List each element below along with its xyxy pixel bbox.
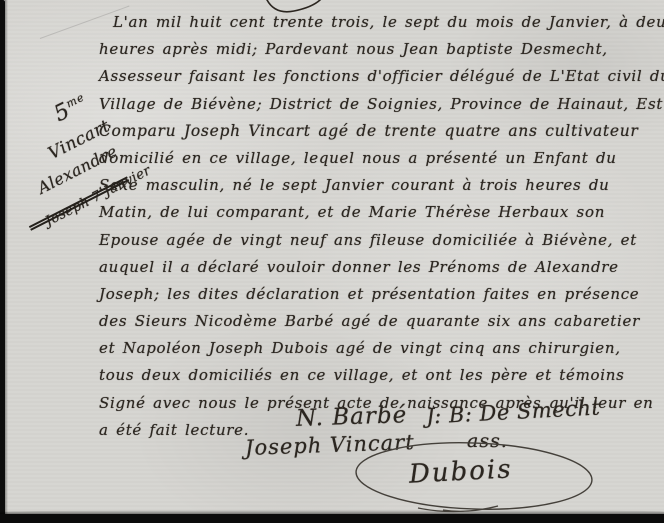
act-line: heures après midi; Pardevant nous Jean b… — [99, 36, 659, 63]
record-number-suffix: me — [64, 90, 87, 110]
act-line: tous deux domiciliés en ce village, et o… — [99, 362, 659, 389]
act-line: Joseph; les dites déclaration et présent… — [99, 281, 659, 308]
scan-bottom-edge — [0, 514, 664, 523]
act-line: Assesseur faisant les fonctions d'offici… — [99, 63, 659, 90]
signature-barbe: N. Barbé — [296, 402, 408, 432]
scan-left-edge — [0, 0, 5, 523]
record-number: 5me — [50, 90, 91, 127]
act-line: et Napoléon Joseph Dubois agé de vingt c… — [99, 335, 659, 362]
document-scan: 5me Vincart Alexandre Joseph 7 Janvier L… — [0, 0, 664, 523]
act-text: L'an mil huit cent trente trois, le sept… — [99, 9, 659, 444]
act-line: Matin, de lui comparant, et de Marie Thé… — [99, 199, 659, 226]
signature-vincart: Joseph Vincart — [245, 430, 415, 460]
act-line: Comparu Joseph Vincart agé de trente qua… — [99, 118, 659, 145]
act-line: L'an mil huit cent trente trois, le sept… — [99, 9, 659, 36]
act-line: Epouse agée de vingt neuf ans fileuse do… — [99, 227, 659, 254]
act-line: Village de Biévène; District de Soignies… — [99, 91, 659, 118]
act-line: domicilié en ce village, lequel nous a p… — [99, 145, 659, 172]
act-line: Sexe masculin, né le sept Janvier couran… — [99, 172, 659, 199]
signature-assessor-abbrev: ass. — [467, 430, 508, 452]
act-line: auquel il a déclaré vouloir donner les P… — [99, 254, 659, 281]
act-line: des Sieurs Nicodème Barbé agé de quarant… — [99, 308, 659, 335]
signature-dubois: Dubois — [408, 454, 513, 489]
